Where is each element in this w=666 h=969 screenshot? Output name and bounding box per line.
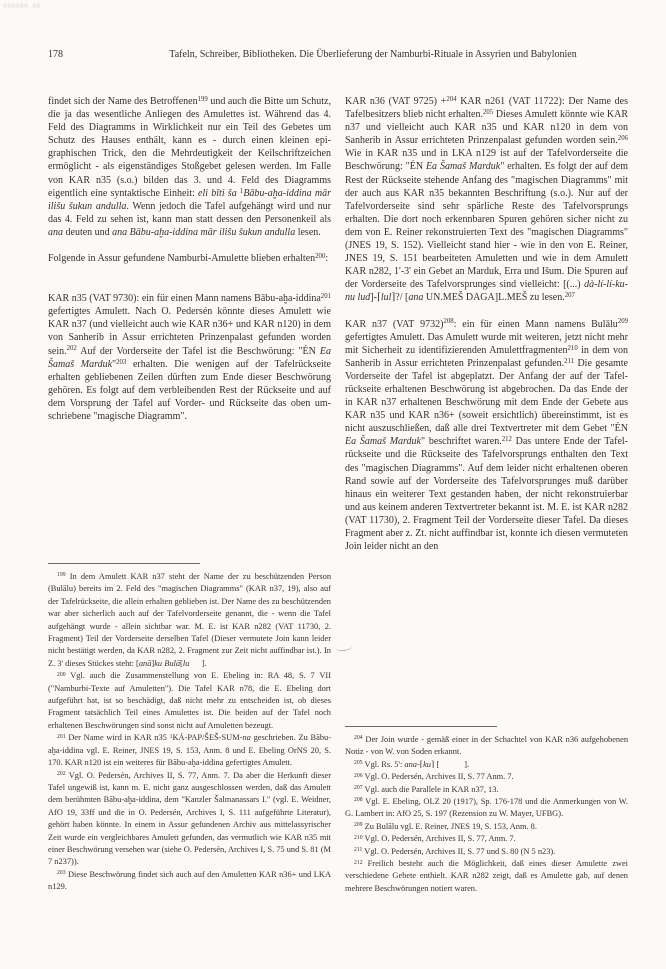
page-header: 178 Tafeln, Schreiber, Bibliotheken. Die… xyxy=(48,49,628,60)
left-column: findet sich der Name des Betroffenen199 … xyxy=(48,95,331,969)
left-footnote-block: 199 In dem Amulett KAR n37 steht der Nam… xyxy=(48,563,331,894)
footnote: 206 Vgl. O. Pedersén, Archives II, S. 77… xyxy=(345,771,628,783)
footnote-number: 210 xyxy=(354,835,363,841)
footnote-number: 200 xyxy=(57,672,66,678)
paragraph: Folgende in Assur gefundene Namburbi-Amu… xyxy=(48,252,331,265)
footnote: 202 Vgl. O. Pedersén, Archives II, S. 77… xyxy=(48,770,331,869)
footnote: 207 Vgl. auch die Parallele in KAR n37, … xyxy=(345,784,628,796)
footnote: 203 Diese Beschwörung findet sich auch a… xyxy=(48,869,331,894)
footnote: 205 Vgl. Rs. 5': ana-⌈ku⌉ [ ]. xyxy=(345,759,628,771)
footnote: 208 Vgl. E. Ebeling, OLZ 20 (1917), Sp. … xyxy=(345,796,628,821)
paragraph: KAR n37 (VAT 9732)208: ein für einen Man… xyxy=(345,318,628,554)
page-number: 178 xyxy=(48,49,118,60)
footnote-number: 199 xyxy=(57,572,66,578)
footnote-number: 203 xyxy=(57,870,66,876)
footnote-separator xyxy=(345,726,497,727)
book-page: 000000.00 178 Tafeln, Schreiber, Bibliot… xyxy=(0,0,666,969)
left-column-footnotes: 199 In dem Amulett KAR n37 steht der Nam… xyxy=(48,571,331,894)
footnote-number: 206 xyxy=(354,773,363,779)
running-title: Tafeln, Schreiber, Bibliotheken. Die Übe… xyxy=(118,49,628,60)
text-columns: findet sich der Name des Betroffenen199 … xyxy=(48,95,628,969)
footnote-number: 212 xyxy=(354,860,363,866)
footnote-number: 201 xyxy=(57,734,66,740)
right-column: KAR n36 (VAT 9725) +204 KAR n261 (VAT 11… xyxy=(345,95,628,969)
right-column-footnotes: 204 Der Join wurde - gemäß einer in der … xyxy=(345,734,628,895)
footnote-number: 202 xyxy=(57,771,66,777)
footnote: 200 Vgl. auch die Zusammen­stellung von … xyxy=(48,670,331,732)
footnote: 210 Vgl. O. Pedersén, Archives II, S. 77… xyxy=(345,833,628,845)
left-column-body: findet sich der Name des Betroffenen199 … xyxy=(48,95,331,423)
right-column-body: KAR n36 (VAT 9725) +204 KAR n261 (VAT 11… xyxy=(345,95,628,553)
footnote: 211 Vgl. O. Pedersén, Archives II, S. 77… xyxy=(345,846,628,858)
scan-artifact-mark: 000000.00 xyxy=(3,3,41,10)
paragraph: findet sich der Name des Betroffenen199 … xyxy=(48,95,331,239)
footnote-number: 207 xyxy=(354,785,363,791)
footnote: 209 Zu Bulālu vgl. E. Reiner, JNES 19, S… xyxy=(345,821,628,833)
footnote-number: 211 xyxy=(354,847,362,853)
paragraph: KAR n35 (VAT 9730): ein für einen Mann n… xyxy=(48,292,331,423)
footnote-number: 204 xyxy=(354,735,363,741)
footnote-separator xyxy=(48,563,200,564)
footnote-number: 209 xyxy=(354,822,363,828)
footnote-number: 205 xyxy=(354,760,363,766)
paragraph: KAR n36 (VAT 9725) +204 KAR n261 (VAT 11… xyxy=(345,95,628,305)
footnote: 204 Der Join wurde - gemäß einer in der … xyxy=(345,734,628,759)
footnote: 199 In dem Amulett KAR n37 steht der Nam… xyxy=(48,571,331,670)
right-footnote-block: 204 Der Join wurde - gemäß einer in der … xyxy=(345,726,628,895)
footnote-number: 208 xyxy=(354,797,363,803)
footnote: 212 Freilich besteht auch die Möglichkei… xyxy=(345,858,628,895)
footnote: 201 Der Name wird in KAR n35 1KÁ-PAP/ŠEŠ… xyxy=(48,732,331,769)
